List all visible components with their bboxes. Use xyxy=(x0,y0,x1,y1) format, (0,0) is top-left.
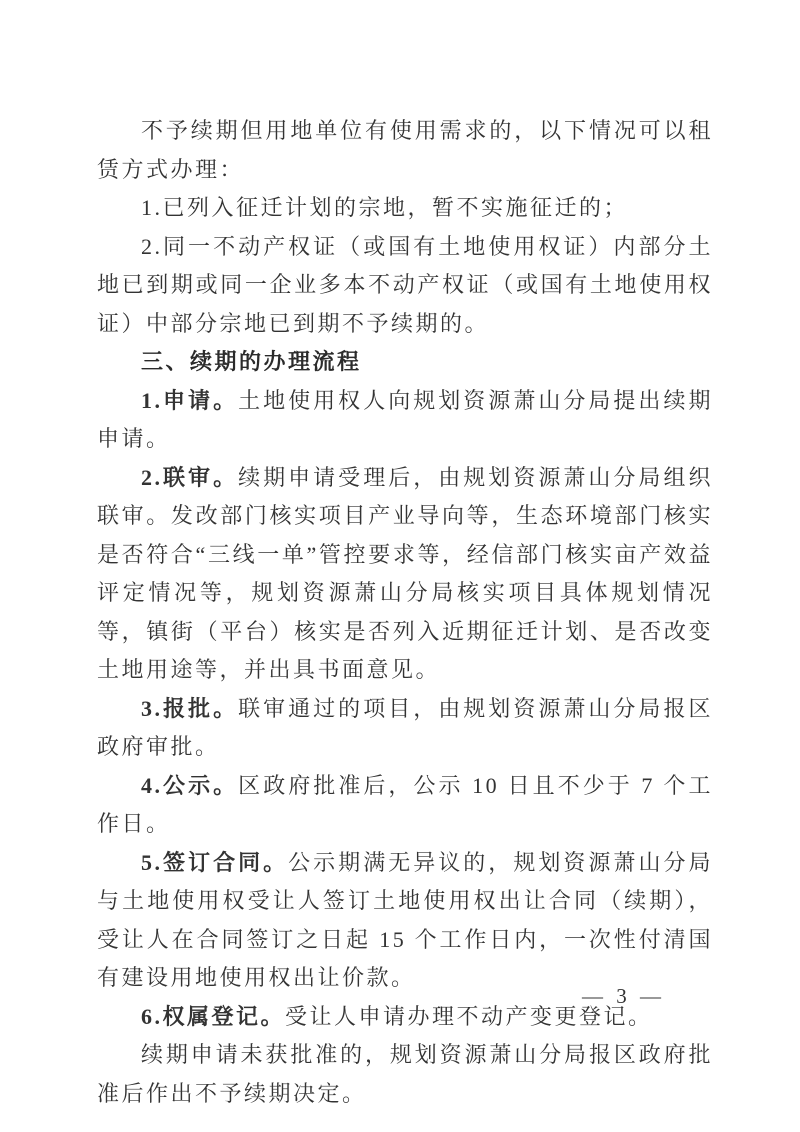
page-number: — 3 — xyxy=(582,984,665,1009)
paragraph-text: 不予续期但用地单位有使用需求的，以下情况可以租赁方式办理： xyxy=(97,118,713,182)
paragraph: 1.已列入征迁计划的宗地，暂不实施征迁的； xyxy=(97,189,713,228)
paragraph-text: 续期申请未获批准的，规划资源萧山分局报区政府批准后作出不予续期决定。 xyxy=(97,1042,713,1106)
document-content: 不予续期但用地单位有使用需求的，以下情况可以租赁方式办理： 1.已列入征迁计划的… xyxy=(97,112,713,1113)
paragraph-label: 4.公示。 xyxy=(141,773,238,798)
section-heading: 三、续期的办理流程 xyxy=(97,343,713,382)
paragraph-text: 1.已列入征迁计划的宗地，暂不实施征迁的； xyxy=(141,195,628,220)
paragraph: 3.报批。联审通过的项目，由规划资源萧山分局报区政府审批。 xyxy=(97,690,713,767)
paragraph-label: 6.权属登记。 xyxy=(141,1004,285,1029)
paragraph: 不予续期但用地单位有使用需求的，以下情况可以租赁方式办理： xyxy=(97,112,713,189)
paragraph-label: 5.签订合同。 xyxy=(141,850,288,875)
paragraph-label: 2.联审。 xyxy=(141,465,238,490)
paragraph-text: 续期申请受理后，由规划资源萧山分局组织联审。发改部门核实项目产业导向等，生态环境… xyxy=(97,465,713,683)
section-heading-text: 三、续期的办理流程 xyxy=(141,349,362,374)
paragraph: 续期申请未获批准的，规划资源萧山分局报区政府批准后作出不予续期决定。 xyxy=(97,1036,713,1113)
paragraph: 2.同一不动产权证（或国有土地使用权证）内部分土地已到期或同一企业多本不动产权证… xyxy=(97,228,713,344)
paragraph: 4.公示。区政府批准后，公示 10 日且不少于 7 个工作日。 xyxy=(97,767,713,844)
paragraph: 5.签订合同。公示期满无异议的，规划资源萧山分局与土地使用权受让人签订土地使用权… xyxy=(97,844,713,998)
document-page: 不予续期但用地单位有使用需求的，以下情况可以租赁方式办理： 1.已列入征迁计划的… xyxy=(0,0,800,1132)
paragraph-label: 3.报批。 xyxy=(141,696,238,721)
paragraph: 2.联审。续期申请受理后，由规划资源萧山分局组织联审。发改部门核实项目产业导向等… xyxy=(97,459,713,690)
paragraph-label: 1.申请。 xyxy=(141,388,238,413)
paragraph-text: 2.同一不动产权证（或国有土地使用权证）内部分土地已到期或同一企业多本不动产权证… xyxy=(97,234,713,336)
paragraph: 1.申请。土地使用权人向规划资源萧山分局提出续期申请。 xyxy=(97,382,713,459)
